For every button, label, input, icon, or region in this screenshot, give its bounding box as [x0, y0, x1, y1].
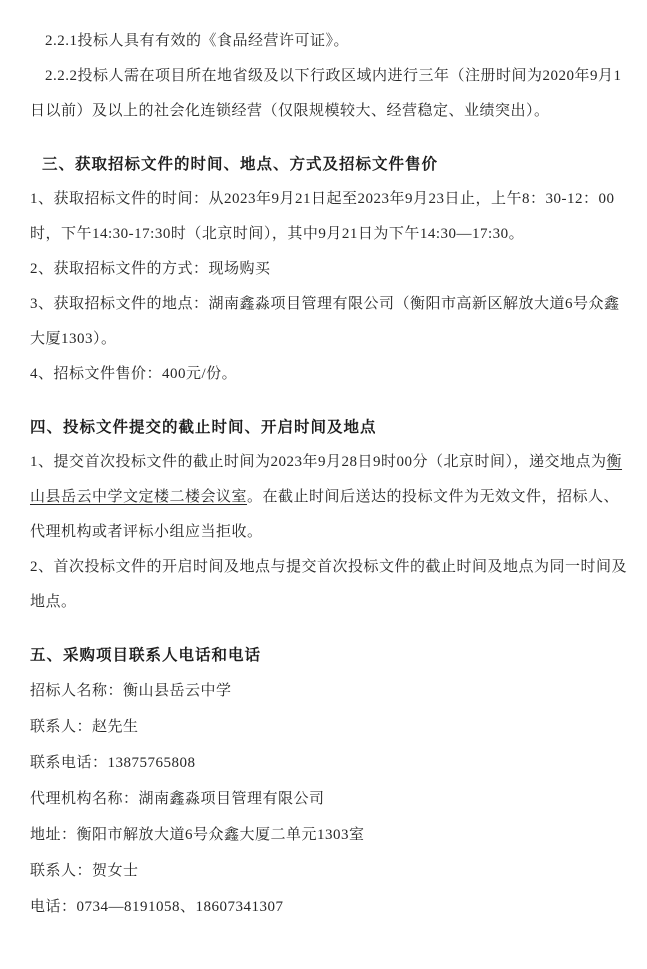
- section-3-item-2-document-method: 2、获取招标文件的方式：现场购买: [30, 252, 633, 287]
- deadline-text-before: 1、提交首次投标文件的截止时间为2023年9月28日9时00分（北京时间），递交…: [30, 454, 607, 470]
- contact-block: 招标人名称：衡山县岳云中学 联系人：赵先生 联系电话：13875765808 代…: [30, 673, 633, 925]
- section-3-item-4-document-price: 4、招标文件售价：400元/份。: [30, 357, 633, 392]
- agency-phone-line: 电话：0734—8191058、18607341307: [30, 889, 633, 925]
- section-3-item-3-document-location: 3、获取招标文件的地点：湖南鑫淼项目管理有限公司（衡阳市高新区解放大道6号众鑫大…: [30, 287, 633, 357]
- document-page: 2.2.1投标人具有有效的《食品经营许可证》。 2.2.2投标人需在项目所在地省…: [0, 0, 647, 969]
- section-3-item-1-document-time: 1、获取招标文件的时间：从2023年9月21日起至2023年9月23日止，上午8…: [30, 182, 633, 252]
- tenderer-name-line: 招标人名称：衡山县岳云中学: [30, 673, 633, 709]
- section-3-heading: 三、获取招标文件的时间、地点、方式及招标文件售价: [30, 147, 633, 182]
- tenderer-contact-line: 联系人：赵先生: [30, 709, 633, 745]
- clause-2-2-1: 2.2.1投标人具有有效的《食品经营许可证》。: [30, 24, 633, 59]
- tenderer-phone-line: 联系电话：13875765808: [30, 745, 633, 781]
- section-5-heading: 五、采购项目联系人电话和电话: [30, 638, 633, 673]
- section-4-heading: 四、投标文件提交的截止时间、开启时间及地点: [30, 410, 633, 445]
- agency-contact-line: 联系人：贺女士: [30, 853, 633, 889]
- clause-2-2-2: 2.2.2投标人需在项目所在地省级及以下行政区域内进行三年（注册时间为2020年…: [30, 59, 633, 129]
- section-4-item-1-deadline: 1、提交首次投标文件的截止时间为2023年9月28日9时00分（北京时间），递交…: [30, 445, 633, 550]
- agency-address-line: 地址：衡阳市解放大道6号众鑫大厦二单元1303室: [30, 817, 633, 853]
- agency-name-line: 代理机构名称：湖南鑫淼项目管理有限公司: [30, 781, 633, 817]
- section-4-item-2-opening-time: 2、首次投标文件的开启时间及地点与提交首次投标文件的截止时间及地点为同一时间及地…: [30, 550, 633, 620]
